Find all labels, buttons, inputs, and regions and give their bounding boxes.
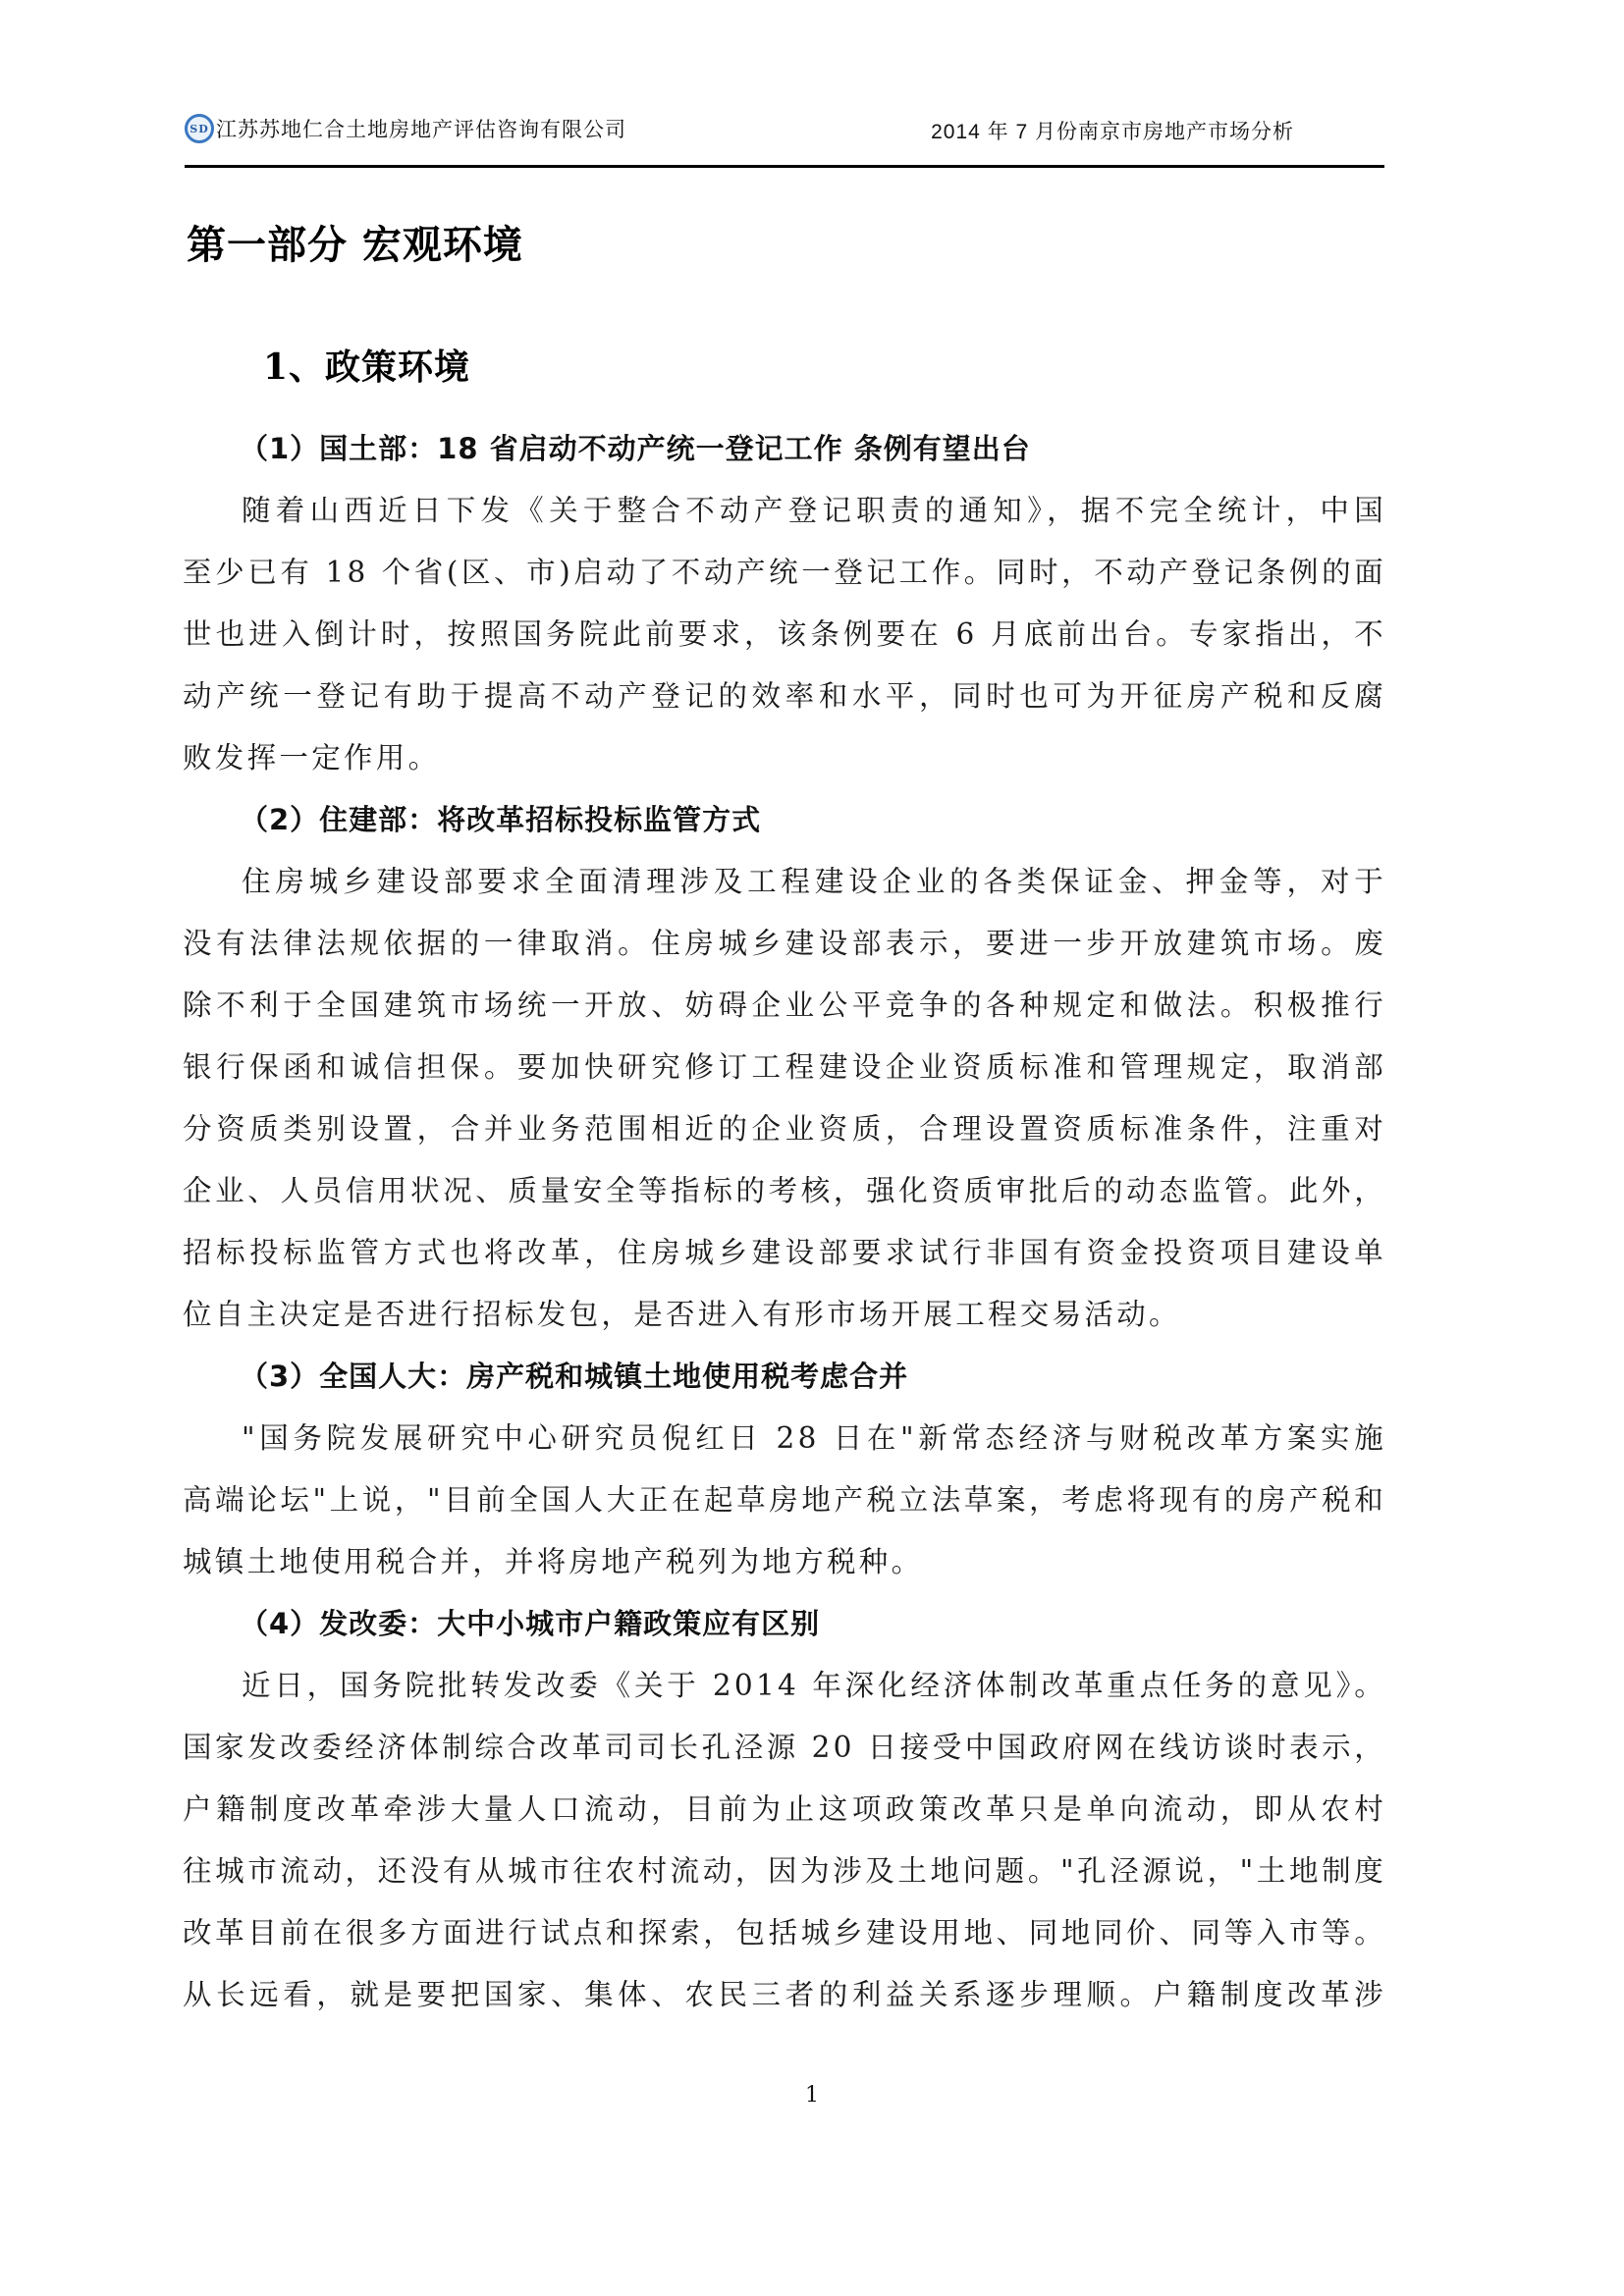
document-body: （1）国土部：18 省启动不动产统一登记工作 条例有望出台 随着山西近日下发《关…: [183, 418, 1386, 2026]
document-page: SD 江苏苏地仁合土地房地产评估咨询有限公司 2014 年 7 月份南京市房地产…: [0, 0, 1624, 2296]
page-header: SD 江苏苏地仁合土地房地产评估咨询有限公司 2014 年 7 月份南京市房地产…: [185, 110, 1384, 167]
section-title: 1、政策环境: [263, 340, 470, 390]
page-number: 1: [0, 2083, 1624, 2108]
item-paragraph-1: 随着山西近日下发《关于整合不动产登记职责的通知》，据不完全统计，中国 至少已有 …: [183, 480, 1386, 789]
paragraph-line: 户籍制度改革牵涉大量人口流动，目前为止这项政策改革只是单向流动，即从农村: [183, 1779, 1386, 1841]
paragraph-line: 没有法律法规依据的一律取消。住房城乡建设部表示，要进一步开放建筑市场。废: [183, 913, 1386, 975]
item-paragraph-4: 近日，国务院批转发改委《关于 2014 年深化经济体制改革重点任务的意见》。 国…: [183, 1655, 1386, 2026]
paragraph-line: 随着山西近日下发《关于整合不动产登记职责的通知》，据不完全统计，中国: [183, 480, 1386, 542]
item-heading-3: （3）全国人大：房产税和城镇土地使用税考虑合并: [183, 1346, 1386, 1408]
paragraph-line: 高端论坛"上说，"目前全国人大正在起草房地产税立法草案，考虑将现有的房产税和: [183, 1469, 1386, 1531]
item-paragraph-3: "国务院发展研究中心研究员倪红日 28 日在"新常态经济与财税改革方案实施 高端…: [183, 1408, 1386, 1593]
item-heading-2: （2）住建部：将改革招标投标监管方式: [183, 789, 1386, 851]
paragraph-line: 动产统一登记有助于提高不动产登记的效率和水平，同时也可为开征房产税和反腐: [183, 666, 1386, 727]
paragraph-line: 往城市流动，还没有从城市往农村流动，因为涉及土地问题。"孔泾源说，"土地制度: [183, 1841, 1386, 1902]
paragraph-line: 位自主决定是否进行招标发包，是否进入有形市场开展工程交易活动。: [183, 1284, 1386, 1346]
paragraph-line: 住房城乡建设部要求全面清理涉及工程建设企业的各类保证金、押金等，对于: [183, 851, 1386, 913]
paragraph-line: 改革目前在很多方面进行试点和探索，包括城乡建设用地、同地同价、同等入市等。: [183, 1902, 1386, 1964]
paragraph-line: 除不利于全国建筑市场统一开放、妨碍企业公平竞争的各种规定和做法。积极推行: [183, 975, 1386, 1037]
paragraph-line: 企业、人员信用状况、质量安全等指标的考核，强化资质审批后的动态监管。此外，: [183, 1160, 1386, 1222]
item-paragraph-2: 住房城乡建设部要求全面清理涉及工程建设企业的各类保证金、押金等，对于 没有法律法…: [183, 851, 1386, 1346]
company-logo-icon: SD: [185, 114, 214, 143]
report-title: 2014 年 7 月份南京市房地产市场分析: [931, 116, 1294, 145]
item-heading-1: （1）国土部：18 省启动不动产统一登记工作 条例有望出台: [183, 418, 1386, 480]
paragraph-line: 城镇土地使用税合并，并将房地产税列为地方税种。: [183, 1531, 1386, 1593]
part-title: 第一部分 宏观环境: [187, 214, 523, 270]
paragraph-line: "国务院发展研究中心研究员倪红日 28 日在"新常态经济与财税改革方案实施: [183, 1408, 1386, 1469]
paragraph-line: 从长远看，就是要把国家、集体、农民三者的利益关系逐步理顺。户籍制度改革涉: [183, 1964, 1386, 2026]
paragraph-line: 败发挥一定作用。: [183, 727, 1386, 789]
header-divider: [185, 165, 1384, 168]
paragraph-line: 近日，国务院批转发改委《关于 2014 年深化经济体制改革重点任务的意见》。: [183, 1655, 1386, 1717]
item-heading-4: （4）发改委：大中小城市户籍政策应有区别: [183, 1593, 1386, 1655]
paragraph-line: 至少已有 18 个省(区、市)启动了不动产统一登记工作。同时，不动产登记条例的面: [183, 542, 1386, 604]
company-name: 江苏苏地仁合土地房地产评估咨询有限公司: [216, 114, 626, 143]
paragraph-line: 招标投标监管方式也将改革，住房城乡建设部要求试行非国有资金投资项目建设单: [183, 1222, 1386, 1284]
paragraph-line: 分资质类别设置，合并业务范围相近的企业资质，合理设置资质标准条件，注重对: [183, 1098, 1386, 1160]
paragraph-line: 银行保函和诚信担保。要加快研究修订工程建设企业资质标准和管理规定，取消部: [183, 1037, 1386, 1098]
paragraph-line: 世也进入倒计时，按照国务院此前要求，该条例要在 6 月底前出台。专家指出，不: [183, 604, 1386, 666]
paragraph-line: 国家发改委经济体制综合改革司司长孔泾源 20 日接受中国政府网在线访谈时表示，: [183, 1717, 1386, 1779]
header-company: SD 江苏苏地仁合土地房地产评估咨询有限公司: [185, 114, 626, 143]
